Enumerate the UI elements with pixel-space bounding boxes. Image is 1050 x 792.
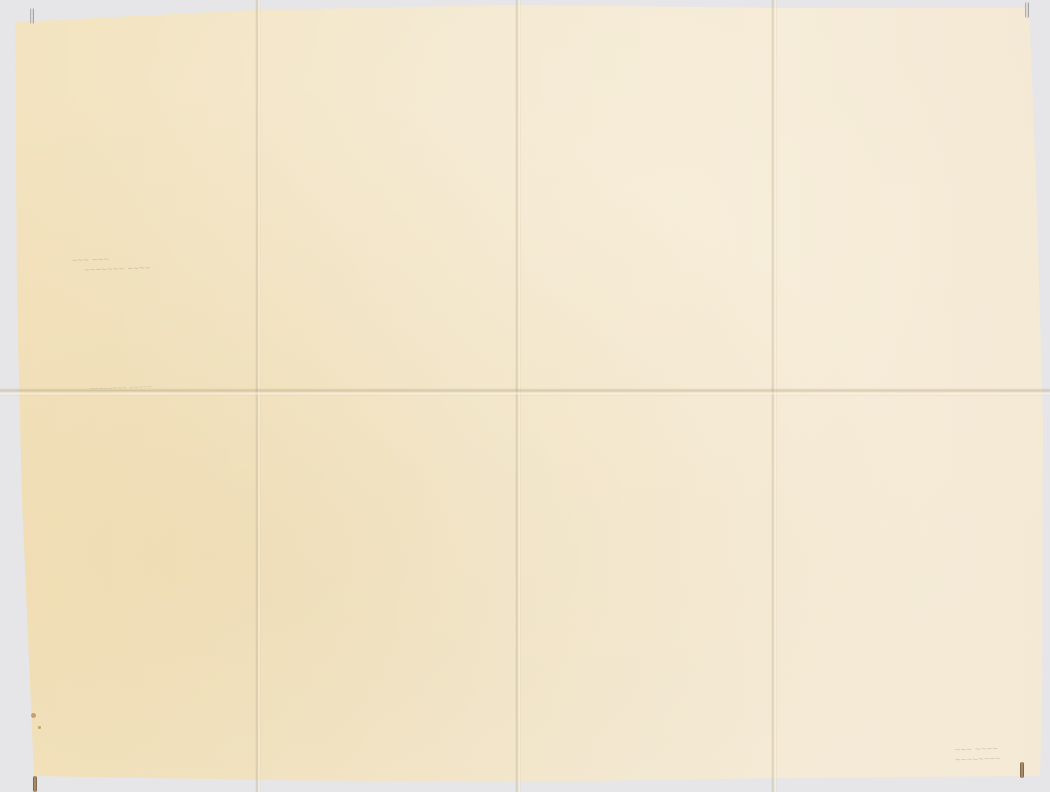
photo-scene: ~~~ ~~~ ~~~~~~~ ~~~~ ~~~~~~~~ ~~~~~ ~~~ … <box>0 0 1050 792</box>
pin-bottom-right <box>1020 762 1024 778</box>
vertical-fold-crease-2 <box>515 0 521 792</box>
stain-mark <box>31 713 36 718</box>
pencil-note-bottom-right: ~~~ ~~~~~~~~~~~~ <box>955 743 1002 765</box>
vertical-fold-crease-1 <box>255 0 261 792</box>
vertical-fold-crease-3 <box>771 0 777 792</box>
pin-top-left <box>30 8 34 24</box>
poster-back-sheet <box>0 0 1050 792</box>
stain-mark <box>38 726 41 729</box>
pencil-note-upper-left: ~~~ ~~~ ~~~~~~~ ~~~~ <box>72 253 151 276</box>
pin-bottom-left <box>33 776 37 792</box>
horizontal-fold-crease <box>0 388 1050 396</box>
pin-top-right <box>1025 2 1029 18</box>
